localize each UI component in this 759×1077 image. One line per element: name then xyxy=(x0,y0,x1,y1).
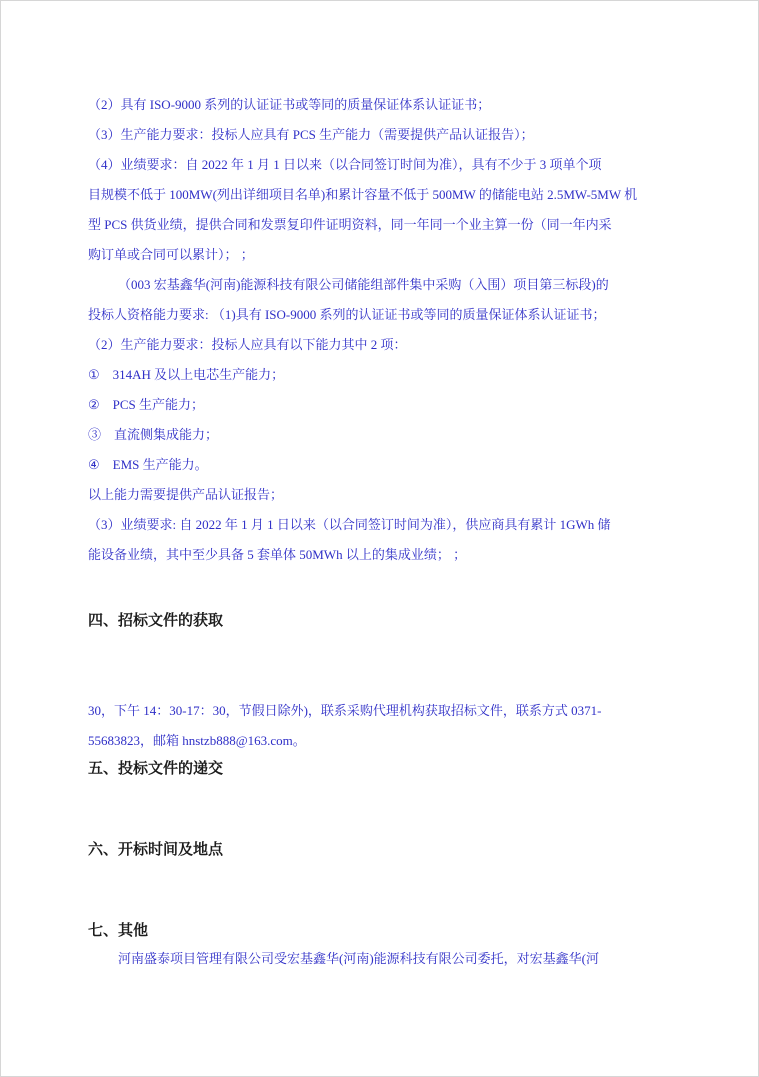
qualification-item-ems-capacity: ④ EMS 生产能力。 xyxy=(88,450,679,480)
acquire-method-line-1: 获取方式: 4.1 凡有意参加投标者,2025 年 11 月 7 日至 2025… xyxy=(88,666,679,696)
qualification-line-lot3-performance-1: （3）业绩要求: 自 2022 年 1 月 1 日以来（以合同签订时间为准），供… xyxy=(88,510,679,540)
qualification-line-lot3-iso: 投标人资格能力要求: （1)具有 ISO-9000 系列的认证证书或等同的质量保… xyxy=(88,300,679,330)
qualification-line-performance-3: 型 PCS 供货业绩，提供合同和发票复印件证明资料，同一年同一个业主算一份（同一… xyxy=(88,210,679,240)
section-7-heading: 七、其他 xyxy=(88,918,679,945)
qualification-line-cert-report: 以上能力需要提供产品认证报告； xyxy=(88,480,679,510)
acquire-method-line-2: 30，下午 14：30-17：30，节假日除外)，联系采购代理机构获取招标文件，… xyxy=(88,696,679,726)
qualification-line-iso: （2）具有 ISO-9000 系列的认证证书或等同的质量保证体系认证证书； xyxy=(88,90,679,120)
other-line-1: 河南盛泰项目管理有限公司受宏基鑫华(河南)能源科技有限公司委托，对宏基鑫华(河 xyxy=(88,945,679,972)
qualification-line-lot3-capacity: （2）生产能力要求：投标人应具有以下能力其中 2 项： xyxy=(88,330,679,360)
qualification-line-lot3-title: （003 宏基鑫华(河南)能源科技有限公司储能组部件集中采购（入围）项目第三标段… xyxy=(88,270,679,300)
document-page: （2）具有 ISO-9000 系列的认证证书或等同的质量保证体系认证证书； （3… xyxy=(0,0,759,1077)
qualification-item-pcs-capacity: ② PCS 生产能力； xyxy=(88,390,679,420)
section-4-heading: 四、招标文件的获取 xyxy=(88,606,679,636)
qualification-item-dc-integration: ③ 直流侧集成能力； xyxy=(88,420,679,450)
section-5-heading: 五、投标文件的递交 xyxy=(88,756,679,783)
qualification-line-lot3-performance-2: 能设备业绩，其中至少具备 5 套单体 50MWh 以上的集成业绩； ； xyxy=(88,540,679,570)
qualification-line-performance-4: 购订单或合同可以累计）； ； xyxy=(88,240,679,270)
submission-deadline-line: 递交截止时间：2025 年 11 月 27 日 09 时 00 分 xyxy=(88,783,679,810)
opening-time-line: 开标时间：2025 年 11 月 27 日 09 时 00 分 xyxy=(88,864,679,891)
qualification-item-cell-capacity: ① 314AH 及以上电芯生产能力； xyxy=(88,360,679,390)
opening-place-line: 开标地点：郑州市郑东新区商都路 31 号新华书店广场 B 座 4 层开标室 xyxy=(88,891,679,918)
acquire-method-line-3: 55683823，邮箱 hnstzb888@163.com。 xyxy=(88,726,679,756)
qualification-line-capacity: （3）生产能力要求：投标人应具有 PCS 生产能力（需要提供产品认证报告）； xyxy=(88,120,679,150)
qualification-line-performance-1: （4）业绩要求：自 2022 年 1 月 1 日以来（以合同签订时间为准），具有… xyxy=(88,150,679,180)
qualification-line-performance-2: 目规模不低于 100MW(列出详细项目名单)和累计容量不低于 500MW 的储能… xyxy=(88,180,679,210)
section-6-heading: 六、开标时间及地点 xyxy=(88,837,679,864)
acquire-time-line: 获取时间：从 2025 年 11 月 07 日 09 时 00 分到 2025 … xyxy=(88,636,679,666)
submission-method-line: 递交方式：郑州市郑东新区商都路 31 号新华书店广场 B 座 4 层开标室纸质文… xyxy=(88,810,679,837)
no-consortium-line: 本项目 不允许联合体投标。 xyxy=(88,570,679,600)
